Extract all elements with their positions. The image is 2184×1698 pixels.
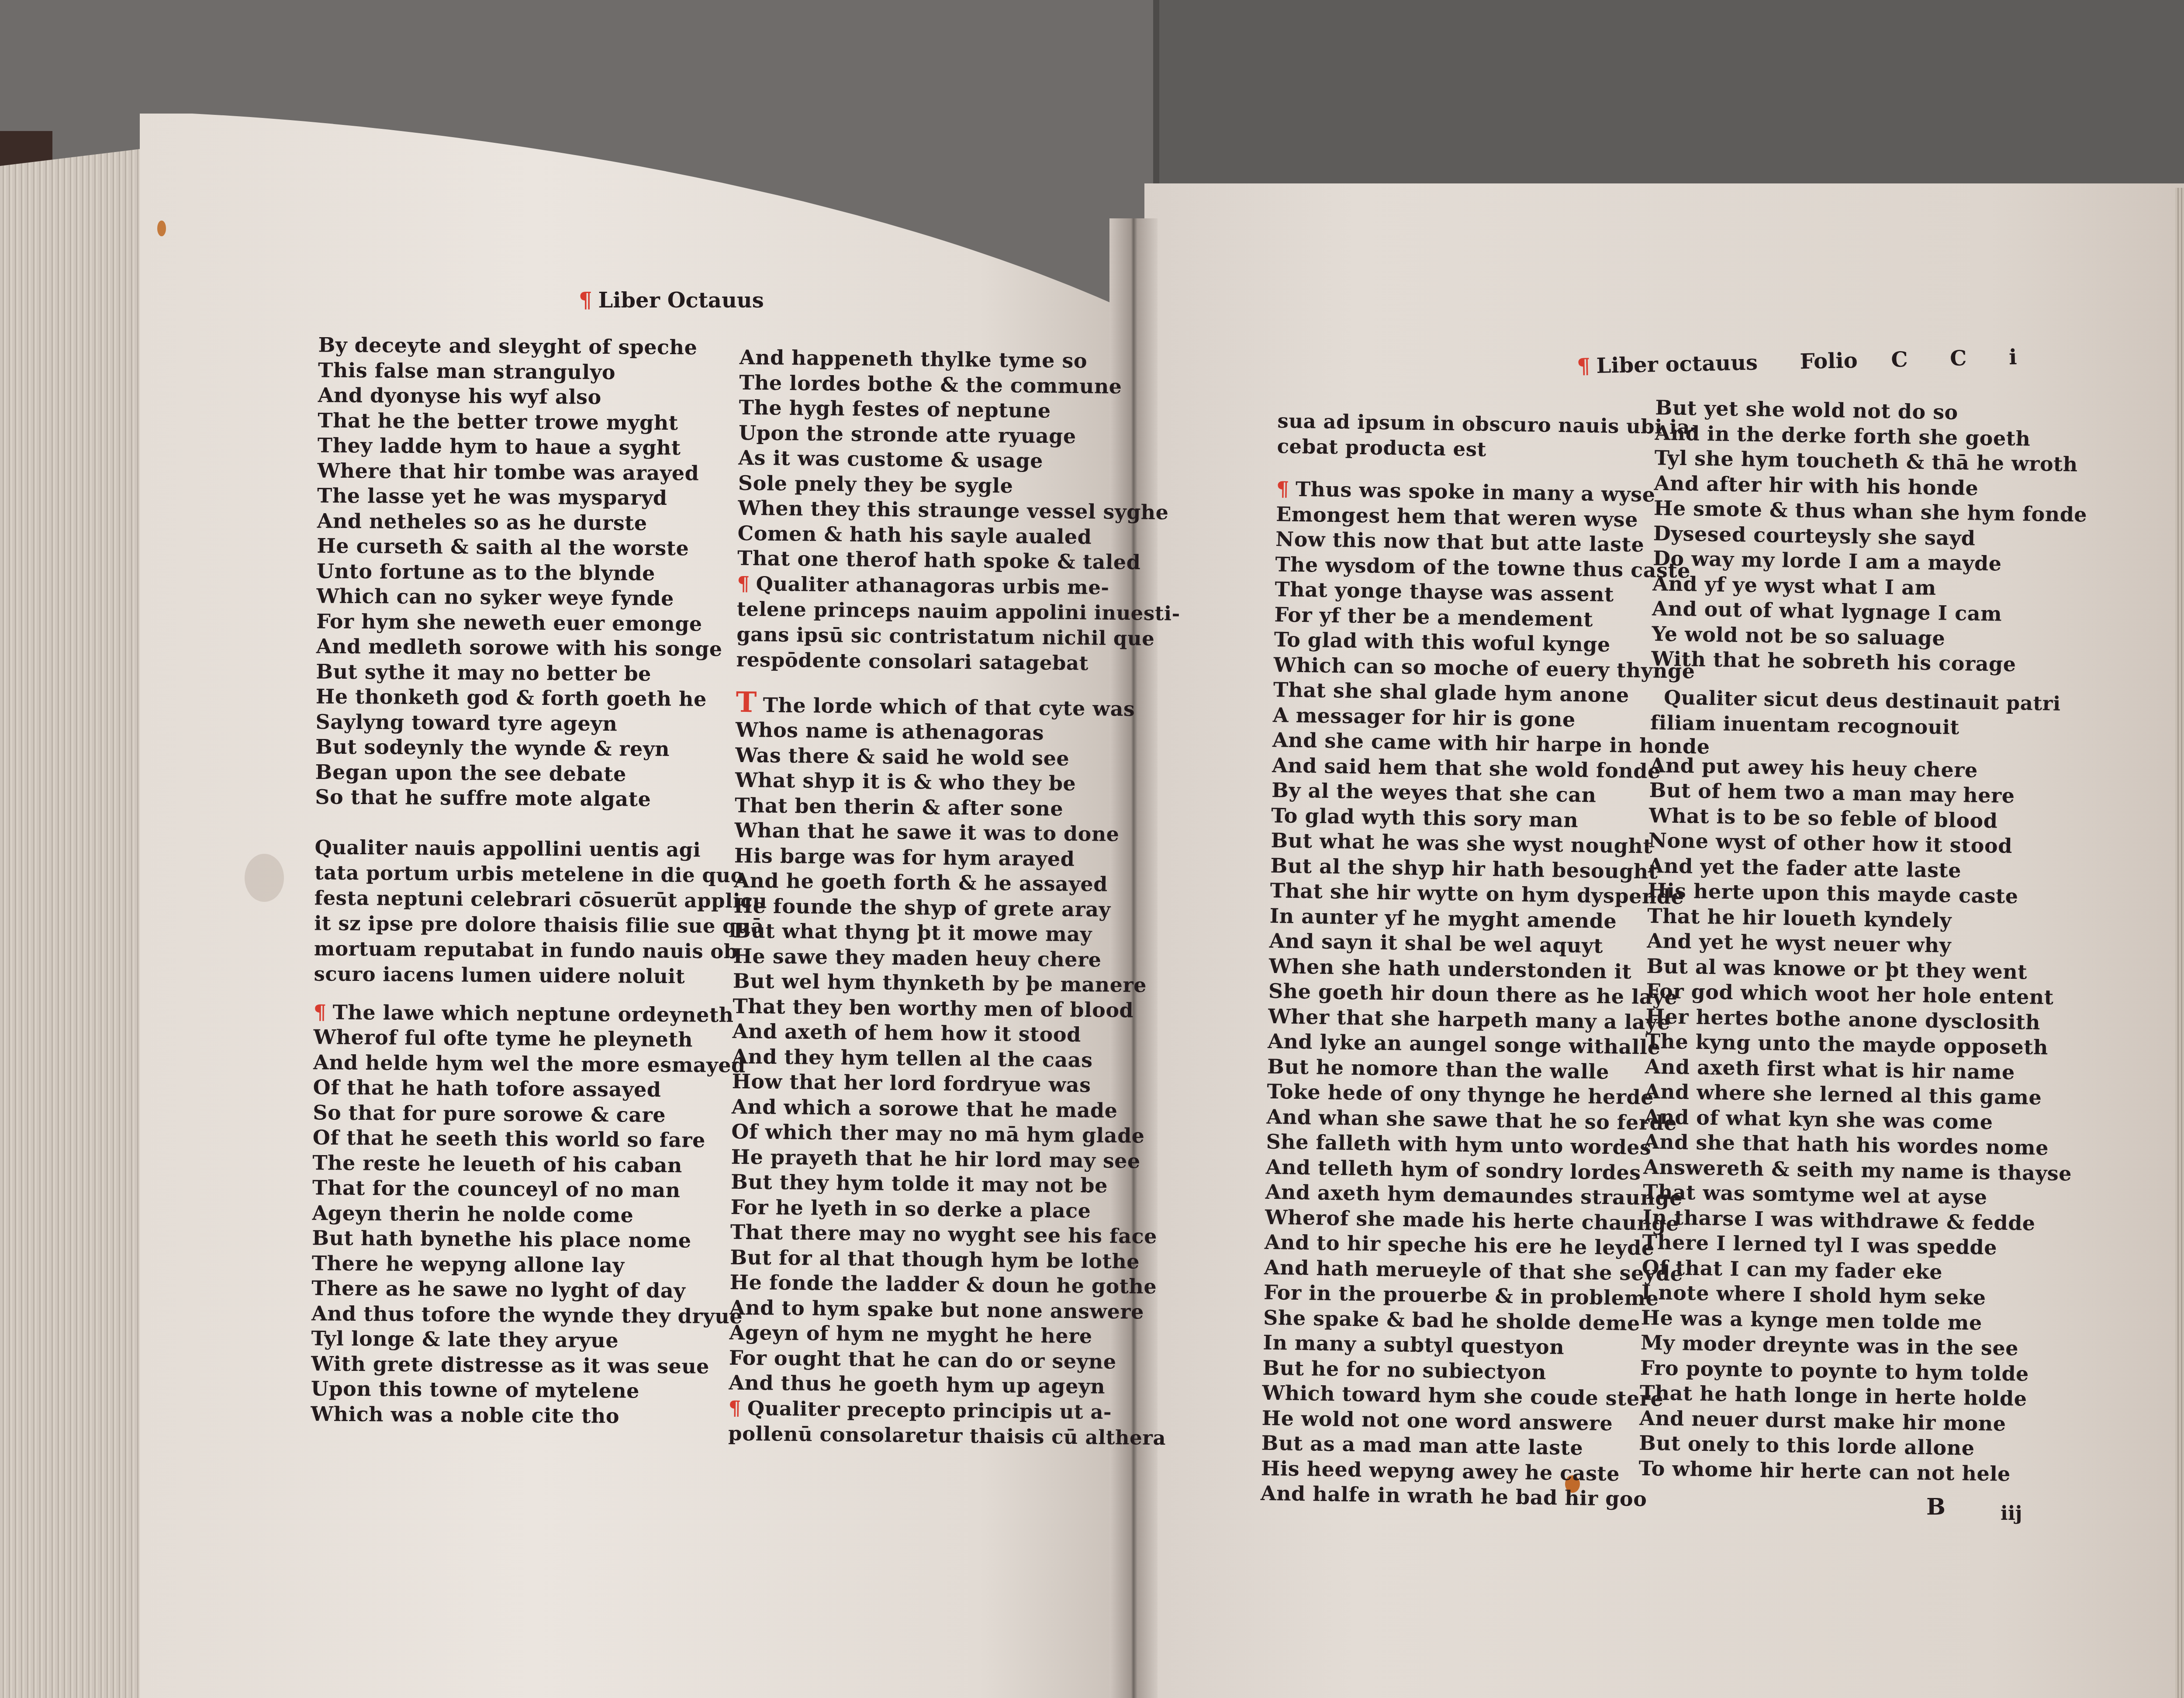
verse-line: But sodeynly the wynde & reyn xyxy=(315,734,768,763)
verse-line: And happeneth thylke tyme so xyxy=(740,345,1183,375)
verse-line: Which can no syker weye fynde xyxy=(316,583,769,612)
verse-line: The reste he leueth of his caban xyxy=(312,1150,765,1179)
latin-rubric-line: respōdente consolari satagebat xyxy=(736,647,1179,677)
verse-line: Tyl longe & late they aryue xyxy=(311,1326,764,1354)
verse-line: There as he sawe no lyght of day xyxy=(311,1276,764,1304)
verse-line: He prayeth that he hir lord may see xyxy=(731,1144,1174,1174)
pilcrow-icon: ¶ xyxy=(1276,477,1290,500)
foxing-spot xyxy=(157,221,166,236)
verse-line: Where that hir tombe was arayed xyxy=(317,458,770,487)
verse-line: Unto fortune as to the blynde xyxy=(317,559,770,587)
verse-line: But hath bynethe his place nome xyxy=(312,1225,765,1254)
pilcrow-icon: ¶ xyxy=(314,1000,327,1024)
spacer xyxy=(315,810,768,838)
running-head-title: Liber Octauus xyxy=(598,288,764,313)
verse-line: How that her lord fordryue was xyxy=(732,1069,1175,1099)
verse-line: That one therof hath spoke & taled xyxy=(737,546,1181,576)
page-stack-right xyxy=(2175,188,2184,1698)
verse-line: Of that he hath tofore assayed xyxy=(313,1075,766,1103)
verse-line: But for al that though hym be lothe xyxy=(730,1245,1173,1274)
verse-line: And netheles so as he durste xyxy=(317,508,770,537)
pilcrow-icon: ¶ xyxy=(737,572,750,595)
verse-line: Upon this towne of mytelene xyxy=(311,1376,764,1405)
verse-line: TThe lorde which of that cyte was xyxy=(736,690,1179,722)
verse-line: What shyp it is & who they be xyxy=(735,768,1178,797)
verse-line: That they ben worthy men of blood xyxy=(733,994,1176,1023)
latin-rubric-line: telene princeps nauim appolini inuesti- xyxy=(737,596,1180,626)
verse-line: Whan that he sawe it was to done xyxy=(734,818,1178,848)
verse-line: Wherof ful ofte tyme he pleyneth xyxy=(313,1025,766,1053)
verse-line: For ought that he can do or seyne xyxy=(729,1345,1172,1375)
verse-line: That ben therin & after sone xyxy=(735,793,1178,822)
latin-rubric-line: ¶Qualiter athanagoras urbis me- xyxy=(737,571,1180,601)
verse-line: Ageyn of hym ne myght he here xyxy=(729,1320,1172,1350)
right-column-2: But yet she wold not do so And in the de… xyxy=(1638,395,2089,1487)
verse-line: For hym she neweth euer emonge xyxy=(316,609,769,637)
verse-line: He sawe they maden heuy chere xyxy=(733,943,1176,973)
signature-number: iij xyxy=(2001,1502,2022,1525)
latin-rubric-line: ¶Qualiter precepto principis ut a- xyxy=(728,1395,1171,1425)
verse-line: He founde the shyp of grete aray xyxy=(733,893,1177,923)
verse-line: They ladde hym to haue a syght xyxy=(318,433,771,461)
verse-line: For he lyeth in so derke a place xyxy=(730,1194,1174,1224)
rubricated-initial: T xyxy=(736,686,757,718)
pilcrow-icon: ¶ xyxy=(728,1396,741,1419)
verse-line: And they hym tellen al the caas xyxy=(732,1044,1175,1073)
verse-line: Ageyn therin he nolde come xyxy=(312,1201,765,1229)
verse-line: Was there & said he wold see xyxy=(735,742,1178,772)
verse-line: When they this straunge vessel syghe xyxy=(738,496,1181,525)
verse-line: But sythe it may no better be xyxy=(316,659,769,687)
latin-rubric-line: mortuam reputabat in fundo nauis ob xyxy=(314,936,767,964)
verse-line: As it was custome & usage xyxy=(738,445,1182,475)
verse-line: So that for pure sorowe & care xyxy=(313,1100,766,1129)
verse-line: Of that he seeth this world so fare xyxy=(313,1125,766,1153)
verse-line: The lasse yet he was mysparyd xyxy=(317,483,770,511)
latin-rubric-line: pollenū consolaretur thaisis cū althera xyxy=(728,1421,1171,1451)
verse-line: But wel hym thynketh by þe manere xyxy=(733,969,1176,998)
verse-line: This false man strangulyo xyxy=(318,358,771,386)
page-stack-left xyxy=(0,148,144,1698)
running-head-title: Liber octauus xyxy=(1596,350,1758,378)
verse-line: ¶The lawe which neptune ordeyneth xyxy=(314,1000,767,1028)
verse-line: And which a sorowe that he made xyxy=(732,1094,1175,1124)
folio-number: C C i xyxy=(1891,345,2035,372)
verse-line: And axeth of hem how it stood xyxy=(732,1019,1175,1049)
verse-line: And to hym spake but none answere xyxy=(729,1295,1173,1325)
verse-line: The hygh festes of neptune xyxy=(739,395,1182,425)
verse-line: And thus he goeth hym up ageyn xyxy=(729,1370,1172,1400)
signature-mark: B xyxy=(1926,1494,1946,1520)
verse-line: By deceyte and sleyght of speche xyxy=(318,332,771,361)
verse-line: The lordes bothe & the commune xyxy=(739,370,1182,400)
verse-line: That there may no wyght see his face xyxy=(730,1220,1174,1249)
verse-line: Began upon the see debate xyxy=(315,759,768,788)
verse-line: So that he suffre mote algate xyxy=(315,784,768,813)
latin-rubric-line: Qualiter nauis appollini uentis agi xyxy=(314,835,767,863)
latin-rubric-line: it sz ipse pre dolore thaisis filie sue … xyxy=(314,911,767,939)
left-running-head: ¶Liber Octauus xyxy=(579,288,764,313)
verse-line: Saylyng toward tyre ageyn xyxy=(315,709,768,738)
pilcrow-icon: ¶ xyxy=(1577,354,1591,379)
verse-line: Comen & hath his sayle aualed xyxy=(737,521,1181,550)
verse-line: His barge was for hym arayed xyxy=(734,843,1178,873)
verse-line: And medleth sorowe with his songe xyxy=(316,634,769,662)
latin-rubric-line: festa neptuni celebrari cōsuerūt applicu xyxy=(314,885,767,914)
verse-line: Of which ther may no mā hym glade xyxy=(731,1119,1175,1149)
latin-rubric-line: tata portum urbis metelene in die quo xyxy=(314,860,767,888)
verse-line: And he goeth forth & he assayed xyxy=(734,868,1177,898)
verse-line: And helde hym wel the more esmayed xyxy=(313,1050,766,1078)
verse-line: That for the counceyl of no man xyxy=(312,1175,765,1204)
verse-line: And thus tofore the wynde they dryue xyxy=(311,1301,764,1329)
verse-line: But they hym tolde it may not be xyxy=(731,1170,1174,1199)
verse-line: Whos name is athenagoras xyxy=(736,718,1179,747)
verse-line: That he the better trowe myght xyxy=(318,408,771,436)
verse-line: He thonketh god & forth goeth he xyxy=(316,684,769,712)
verse-line: There he wepyng allone lay xyxy=(312,1251,765,1279)
verse-line: Upon the stronde atte ryuage xyxy=(739,420,1182,450)
latin-rubric-line: gans ipsū sic contristatum nichil que xyxy=(736,621,1180,652)
left-column-2: And happeneth thylke tyme so The lordes … xyxy=(728,345,1183,1451)
verse-line: With grete distresse as it was seue xyxy=(311,1351,764,1380)
verse-line: Sole pnely they be sygle xyxy=(738,470,1182,500)
pilcrow-icon: ¶ xyxy=(579,288,592,313)
left-column-1: By deceyte and sleyght of speche This fa… xyxy=(311,332,771,1429)
verse-line: He fonde the ladder & doun he gothe xyxy=(729,1270,1173,1300)
verse-line: Which was a noble cite tho xyxy=(311,1401,764,1430)
foxing-spot xyxy=(245,854,284,902)
verse-line: He curseth & saith al the worste xyxy=(317,533,770,562)
folio-label: Folio xyxy=(1800,349,1858,374)
verse-line: But what thyng þt it mowe may xyxy=(733,918,1177,948)
latin-rubric-line: scuro iacens lumen uidere noluit xyxy=(314,961,767,990)
verse-line: And dyonyse his wyf also xyxy=(318,383,771,411)
